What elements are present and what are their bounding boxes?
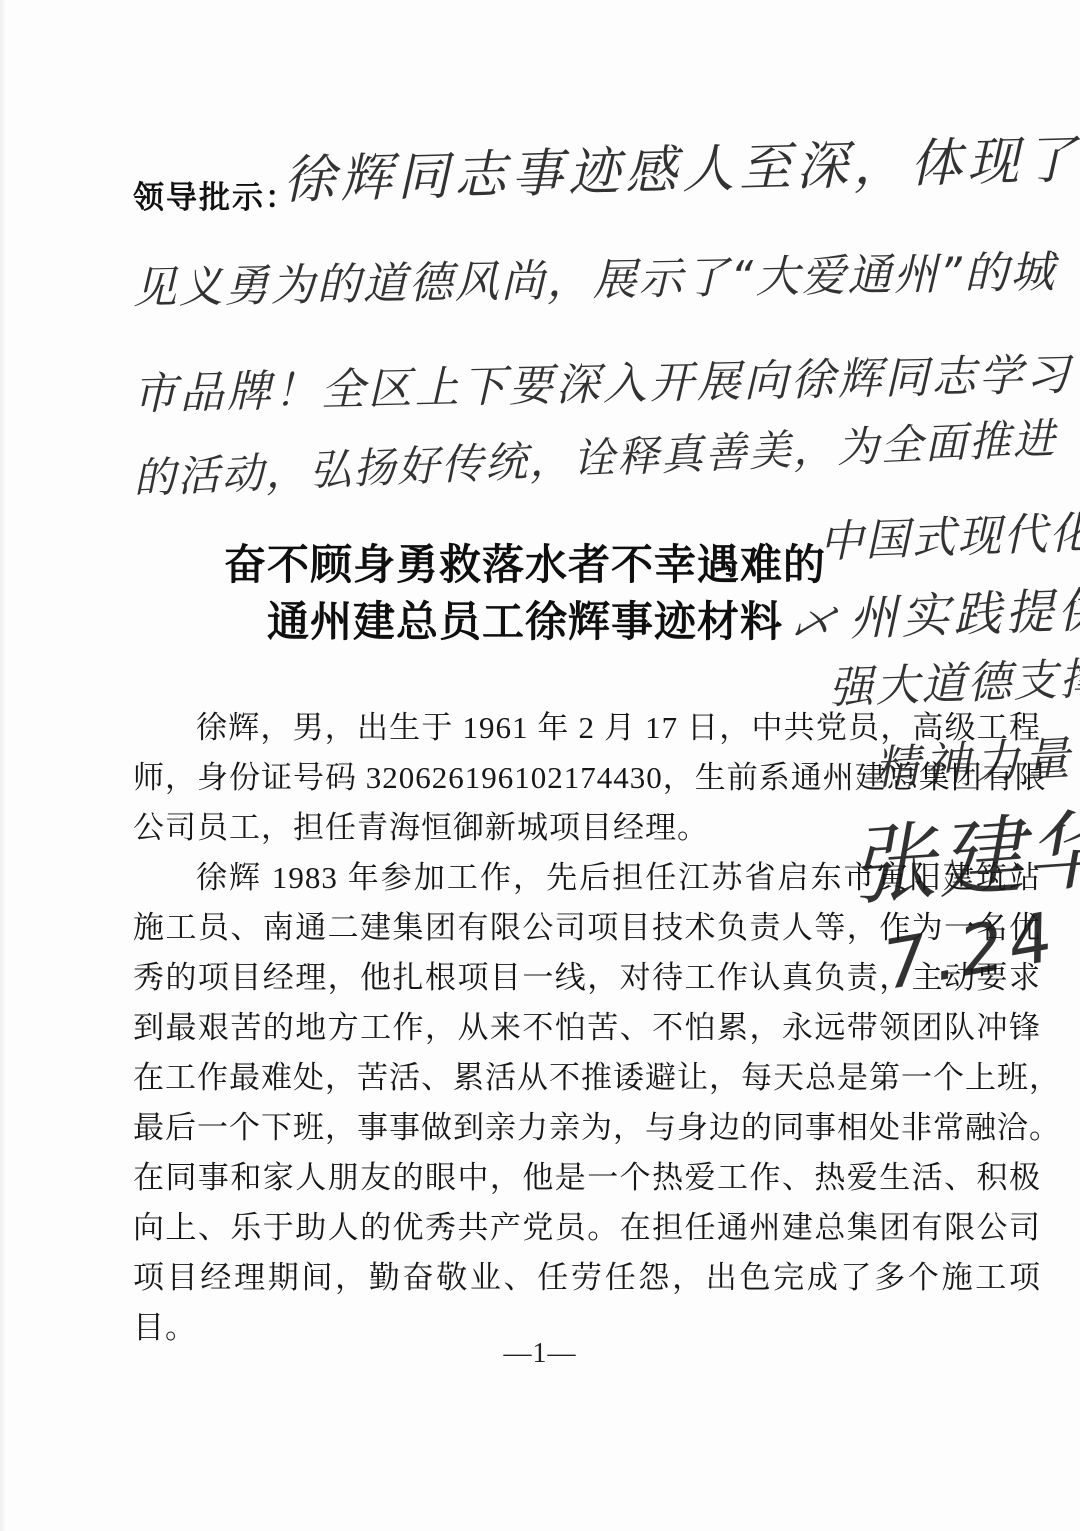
page-number: —1— bbox=[0, 1338, 1080, 1370]
body-line: 项目经理期间，勤奋敬业、任劳任怨，出色完成了多个施工项目。 bbox=[133, 1253, 1041, 1303]
body-line: 在工作最难处，苦活、累活从不推诿避让，每天总是第一个上班， bbox=[133, 1053, 1041, 1103]
body-line: 最后一个下班，事事做到亲力亲为，与身边的同事相处非常融洽。 bbox=[133, 1103, 1041, 1153]
handwritten-comment-line-2: 见义勇为的道德风尚，展示了“大爱通州”的城 bbox=[132, 236, 1057, 316]
body-line: 施工员、南通二建集团有限公司项目技术负责人等，作为一名优 bbox=[133, 903, 1041, 953]
document-title-line-2: 通州建总员工徐辉事迹材料 bbox=[0, 595, 1050, 652]
handwritten-comment-line-3: 市品牌！全区上下要深入开展向徐辉同志学习 bbox=[132, 338, 1073, 422]
body-line: 徐辉 1983 年参加工作，先后担任江苏省启东市寅阳建筑站 bbox=[133, 853, 1041, 903]
document-body: 徐辉，男，出生于 1961 年 2 月 17 日，中共党员，高级工程 师，身份证… bbox=[133, 703, 1041, 1303]
body-line: 向上、乐于助人的优秀共产党员。在担任通州建总集团有限公司 bbox=[133, 1203, 1041, 1253]
handwritten-comment-line-1: 徐辉同志事迹感人至深，体现了 bbox=[282, 117, 1080, 213]
document-title: 奋不顾身勇救落水者不幸遇难的 通州建总员工徐辉事迹材料 bbox=[0, 538, 1050, 652]
body-line: 秀的项目经理，他扎根项目一线，对待工作认真负责，主动要求 bbox=[133, 953, 1041, 1003]
body-line: 师，身份证号码 320626196102174430，生前系通州建总集团有限 bbox=[133, 753, 1041, 803]
document-title-line-1: 奋不顾身勇救落水者不幸遇难的 bbox=[0, 538, 1050, 595]
leader-remarks-label: 领导批示： bbox=[133, 172, 298, 217]
scanned-document-page: 领导批示： 徐辉同志事迹感人至深，体现了 见义勇为的道德风尚，展示了“大爱通州”… bbox=[0, 0, 1080, 1531]
body-line: 公司员工，担任青海恒御新城项目经理。 bbox=[133, 803, 1041, 853]
body-line: 徐辉，男，出生于 1961 年 2 月 17 日，中共党员，高级工程 bbox=[133, 703, 1041, 753]
body-line: 到最艰苦的地方工作，从来不怕苦、不怕累，永远带领团队冲锋 bbox=[133, 1003, 1041, 1053]
body-line: 在同事和家人朋友的眼中，他是一个热爱工作、热爱生活、积极 bbox=[133, 1153, 1041, 1203]
handwritten-comment-line-4: 的活动，弘扬好传统，诠释真善美，为全面推进 bbox=[132, 406, 1058, 506]
